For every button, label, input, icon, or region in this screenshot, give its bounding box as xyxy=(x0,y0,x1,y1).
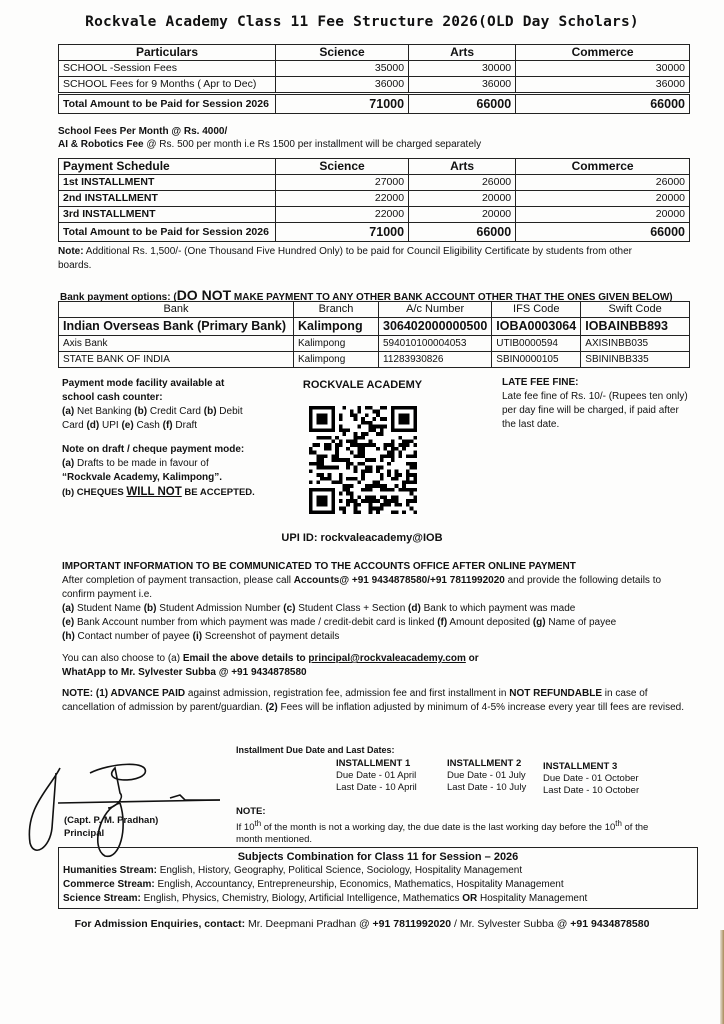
cheque-warning: (b) CHEQUES WILL NOT BE ACCEPTED. xyxy=(62,485,277,500)
stream-label: Science Stream: xyxy=(63,893,141,904)
table-row: 2nd INSTALLMENT 22000 20000 20000 xyxy=(59,191,690,207)
commerce-value: 36000 xyxy=(516,77,690,94)
stream-subjects: Hospitality Management xyxy=(477,893,587,904)
science-value: 22000 xyxy=(276,207,409,223)
stream-label: Humanities Stream: xyxy=(63,865,157,876)
table-row: SCHOOL Fees for 9 Months ( Apr to Dec) 3… xyxy=(59,77,690,94)
total-row: Total Amount to be Paid for Session 2026… xyxy=(59,94,690,114)
mode-text: Debit xyxy=(217,406,243,417)
stream-subjects: English, Accountancy, Entrepreneurship, … xyxy=(155,879,564,890)
ai-fee-label: AI & Robotics Fee xyxy=(58,139,144,150)
science-value: 27000 xyxy=(276,175,409,191)
contact-text: Mr. Deepmani Pradhan @ xyxy=(245,918,372,930)
total-row: Total Amount to be Paid for Session 2026… xyxy=(59,223,690,242)
payment-modes-line1: (a) Net Banking (b) Credit Card (b) Debi… xyxy=(62,405,277,419)
mode-key: (b) xyxy=(204,406,217,417)
mode-key: (b) xyxy=(134,406,147,417)
note-label: NOTE: (1) ADVANCE PAID xyxy=(62,688,185,699)
last-date: Last Date - 10 July xyxy=(447,782,526,794)
detail-text: Contact number of payee xyxy=(75,631,193,642)
header-swift: Swift Code xyxy=(581,302,690,318)
commerce-value: 30000 xyxy=(516,61,690,77)
total-arts: 66000 xyxy=(409,94,516,114)
due-date: Due Date - 01 April xyxy=(336,770,417,782)
table-row: Axis Bank Kalimpong 594010100004053 UTIB… xyxy=(59,336,690,352)
principal-signatory: (Capt. P. M. Pradhan) Principal xyxy=(64,814,158,840)
late-fee-section: LATE FEE FINE: Late fee fine of Rs. 10/-… xyxy=(502,376,692,432)
header-arts: Arts xyxy=(409,159,516,175)
total-label: Total Amount to be Paid for Session 2026 xyxy=(59,223,276,242)
note-text: against admission, registration fee, adm… xyxy=(185,688,509,699)
important-info-section: IMPORTANT INFORMATION TO BE COMMUNICATED… xyxy=(62,560,692,644)
header-science: Science xyxy=(276,159,409,175)
ordinal-suffix: th xyxy=(615,819,622,828)
arts-value: 30000 xyxy=(409,61,516,77)
commerce-value: 20000 xyxy=(516,191,690,207)
note-key: (2) xyxy=(265,702,277,713)
fee-structure-table: Particulars Science Arts Commerce SCHOOL… xyxy=(58,44,690,114)
email-post: or xyxy=(466,653,479,664)
account-number: 11283930826 xyxy=(379,352,492,368)
mode-text: Net Banking xyxy=(74,406,134,417)
subjects-heading: Subjects Combination for Class 11 for Se… xyxy=(63,850,693,864)
due-date: Due Date - 01 October xyxy=(543,773,639,785)
payment-mode-section: Payment mode facility available at schoo… xyxy=(62,377,277,500)
council-note-cont: boards. xyxy=(58,259,91,272)
detail-text: Bank Account number from which payment w… xyxy=(74,617,437,628)
table-header-row: Payment Schedule Science Arts Commerce xyxy=(59,159,690,175)
principal-email-link[interactable]: principal@rockvaleacademy.com xyxy=(308,653,465,664)
detail-key: (h) xyxy=(62,631,75,642)
branch: Kalimpong xyxy=(294,336,379,352)
intro-text: After completion of payment transaction,… xyxy=(62,575,294,586)
commerce-value: 20000 xyxy=(516,207,690,223)
important-intro: After completion of payment transaction,… xyxy=(62,574,692,602)
row-label: 2nd INSTALLMENT xyxy=(59,191,276,207)
table-row: SCHOOL -Session Fees 35000 30000 30000 xyxy=(59,61,690,77)
bank-name: Axis Bank xyxy=(59,336,294,352)
branch: Kalimpong xyxy=(294,352,379,368)
total-commerce: 66000 xyxy=(516,223,690,242)
contact-phone: +91 7811992020 xyxy=(373,918,452,930)
payment-mode-heading: Payment mode facility available at xyxy=(62,377,277,391)
detail-text: Amount deposited xyxy=(447,617,533,628)
detail-text: Bank to which payment was made xyxy=(421,603,576,614)
account-number: 306402000000500 xyxy=(379,318,492,336)
document-title: Rockvale Academy Class 11 Fee Structure … xyxy=(0,14,724,30)
detail-key: (e) xyxy=(62,617,74,628)
humanities-stream: Humanities Stream: English, History, Geo… xyxy=(63,864,693,878)
mode-key: (e) xyxy=(121,420,133,431)
will-not-emphasis: WILL NOT xyxy=(126,486,181,498)
note-text: If 10 xyxy=(236,822,255,833)
upi-qr-code-icon[interactable] xyxy=(309,406,417,514)
installment-2: INSTALLMENT 2 Due Date - 01 July Last Da… xyxy=(447,758,526,794)
row-label: SCHOOL Fees for 9 Months ( Apr to Dec) xyxy=(59,77,276,94)
swift-code: IOBAINBB893 xyxy=(581,318,690,336)
email-line: You can also choose to (a) Email the abo… xyxy=(62,652,692,666)
science-value: 36000 xyxy=(276,77,409,94)
cheque-post: BE ACCEPTED. xyxy=(182,487,255,498)
swift-code: SBININBB335 xyxy=(581,352,690,368)
payment-mode-heading-cont: school cash counter: xyxy=(62,391,277,405)
mode-text: UPI xyxy=(99,420,121,431)
note-text: Fees will be inflation adjusted by minim… xyxy=(278,702,684,713)
qr-section: ROCKVALE ACADEMY xyxy=(285,378,440,514)
arts-value: 36000 xyxy=(409,77,516,94)
required-details-line1: (a) Student Name (b) Student Admission N… xyxy=(62,602,692,616)
commerce-stream: Commerce Stream: English, Accountancy, E… xyxy=(63,878,693,892)
header-particulars: Particulars xyxy=(59,45,276,61)
accounts-phone: Accounts@ +91 9434878580/+91 7811992020 xyxy=(294,575,505,586)
mode-key: (f) xyxy=(163,420,173,431)
whatsapp-line: WhatApp to Mr. Sylvester Subba @ +91 943… xyxy=(62,666,692,680)
stream-subjects: English, Physics, Chemistry, Biology, Ar… xyxy=(141,893,462,904)
due-date: Due Date - 01 July xyxy=(447,770,526,782)
installment-1: INSTALLMENT 1 Due Date - 01 April Last D… xyxy=(336,758,417,794)
detail-text: Student Name xyxy=(74,603,143,614)
account-number: 594010100004053 xyxy=(379,336,492,352)
stream-label: Commerce Stream: xyxy=(63,879,155,890)
table-row: 1st INSTALLMENT 27000 26000 26000 xyxy=(59,175,690,191)
bank-name: STATE BANK OF INDIA xyxy=(59,352,294,368)
council-note: Note: Additional Rs. 1,500/- (One Thousa… xyxy=(58,245,632,258)
required-details-line3: (h) Contact number of payee (i) Screensh… xyxy=(62,630,692,644)
table-row-primary-bank: Indian Overseas Bank (Primary Bank) Kali… xyxy=(59,318,690,336)
qr-org-name: ROCKVALE ACADEMY xyxy=(285,378,440,392)
contact-label: For Admission Enquiries, contact: xyxy=(75,918,246,930)
header-payment-schedule: Payment Schedule xyxy=(59,159,276,175)
table-row: STATE BANK OF INDIA Kalimpong 1128393082… xyxy=(59,352,690,368)
cheque-pre: (b) CHEQUES xyxy=(62,487,126,498)
installment-dates-heading: Installment Due Date and Last Dates: xyxy=(236,744,395,756)
contact-text: / Mr. Sylvester Subba @ xyxy=(451,918,570,930)
science-stream: Science Stream: English, Physics, Chemis… xyxy=(63,892,693,906)
arts-value: 20000 xyxy=(409,191,516,207)
header-commerce: Commerce xyxy=(516,159,690,175)
row-label: 1st INSTALLMENT xyxy=(59,175,276,191)
draft-note-a: (a) Drafts to be made in favour of xyxy=(62,457,277,471)
working-day-note: NOTE: If 10th of the month is not a work… xyxy=(236,806,676,846)
science-value: 35000 xyxy=(276,61,409,77)
table-row: 3rd INSTALLMENT 22000 20000 20000 xyxy=(59,207,690,223)
ifsc-code: IOBA0003064 xyxy=(492,318,581,336)
header-bank: Bank xyxy=(59,302,294,318)
total-arts: 66000 xyxy=(409,223,516,242)
total-science: 71000 xyxy=(276,94,409,114)
ai-fee-text: @ Rs. 500 per month i.e Rs 1500 per inst… xyxy=(144,139,482,150)
detail-text: Name of payee xyxy=(546,617,617,628)
science-value: 22000 xyxy=(276,191,409,207)
note-heading: NOTE: xyxy=(236,806,676,818)
payment-schedule-table: Payment Schedule Science Arts Commerce 1… xyxy=(58,158,690,242)
detail-key: (c) xyxy=(283,603,295,614)
stream-subjects: English, History, Geography, Political S… xyxy=(157,865,522,876)
late-fee-heading: LATE FEE FINE: xyxy=(502,376,692,390)
email-whatsapp-section: You can also choose to (a) Email the abo… xyxy=(62,652,692,680)
detail-key: (i) xyxy=(193,631,202,642)
detail-key: (g) xyxy=(533,617,546,628)
mode-text: Credit Card xyxy=(147,406,204,417)
bank-name: Indian Overseas Bank (Primary Bank) xyxy=(59,318,294,336)
row-label: 3rd INSTALLMENT xyxy=(59,207,276,223)
mode-key: (d) xyxy=(86,420,99,431)
last-date: Last Date - 10 October xyxy=(543,785,639,797)
refund-note: NOTE: (1) ADVANCE PAID against admission… xyxy=(62,687,692,715)
bank-accounts-table: Bank Branch A/c Number IFS Code Swift Co… xyxy=(58,301,690,368)
installment-name: INSTALLMENT 2 xyxy=(447,758,526,770)
row-label: SCHOOL -Session Fees xyxy=(59,61,276,77)
not-refundable: NOT REFUNDABLE xyxy=(509,688,602,699)
total-science: 71000 xyxy=(276,223,409,242)
detail-key: (a) xyxy=(62,603,74,614)
table-header-row: Bank Branch A/c Number IFS Code Swift Co… xyxy=(59,302,690,318)
contact-phone: +91 9434878580 xyxy=(570,918,649,930)
subjects-combination-box: Subjects Combination for Class 11 for Se… xyxy=(58,847,698,909)
total-commerce: 66000 xyxy=(516,94,690,114)
ai-fee-note: AI & Robotics Fee @ Rs. 500 per month i.… xyxy=(58,138,481,151)
admission-contact: For Admission Enquiries, contact: Mr. De… xyxy=(0,918,724,930)
mode-text: Cash xyxy=(134,420,163,431)
branch: Kalimpong xyxy=(294,318,379,336)
email-pre: You can also choose to (a) xyxy=(62,653,183,664)
note-label: Note: xyxy=(58,246,84,257)
principal-signature-icon xyxy=(20,748,230,858)
mode-text: Draft xyxy=(173,420,197,431)
upi-id: UPI ID: rockvaleacademy@IOB xyxy=(0,532,724,544)
or-keyword: OR xyxy=(462,893,477,904)
payment-modes-line2: Card (d) UPI (e) Cash (f) Draft xyxy=(62,419,277,433)
email-bold: Email the above details to xyxy=(183,653,309,664)
header-arts: Arts xyxy=(409,45,516,61)
header-account: A/c Number xyxy=(379,302,492,318)
note-body: If 10th of the month is not a working da… xyxy=(236,818,676,846)
page-edge-shadow xyxy=(720,930,724,1024)
detail-key: (f) xyxy=(437,617,447,628)
required-details-line2: (e) Bank Account number from which payme… xyxy=(62,616,692,630)
detail-key: (d) xyxy=(408,603,421,614)
monthly-fee-note: School Fees Per Month @ Rs. 4000/ xyxy=(58,125,227,138)
installment-name: INSTALLMENT 3 xyxy=(543,761,639,773)
late-fee-text: Late fee fine of Rs. 10/- (Rupees ten on… xyxy=(502,390,692,432)
mode-key: (a) xyxy=(62,406,74,417)
principal-role: Principal xyxy=(64,827,158,840)
mode-key: (a) xyxy=(62,458,74,469)
draft-note-heading: Note on draft / cheque payment mode: xyxy=(62,443,277,457)
ifsc-code: UTIB0000594 xyxy=(492,336,581,352)
principal-name: (Capt. P. M. Pradhan) xyxy=(64,814,158,827)
header-branch: Branch xyxy=(294,302,379,318)
table-header-row: Particulars Science Arts Commerce xyxy=(59,45,690,61)
header-science: Science xyxy=(276,45,409,61)
ifsc-code: SBIN0000105 xyxy=(492,352,581,368)
important-heading: IMPORTANT INFORMATION TO BE COMMUNICATED… xyxy=(62,560,692,574)
total-label: Total Amount to be Paid for Session 2026 xyxy=(59,94,276,114)
arts-value: 20000 xyxy=(409,207,516,223)
mode-text: Drafts to be made in favour of xyxy=(74,458,209,469)
installment-name: INSTALLMENT 1 xyxy=(336,758,417,770)
detail-text: Screenshot of payment details xyxy=(202,631,339,642)
draft-favour-name: “Rockvale Academy, Kalimpong”. xyxy=(62,471,277,485)
commerce-value: 26000 xyxy=(516,175,690,191)
mode-text: Card xyxy=(62,420,86,431)
header-ifsc: IFS Code xyxy=(492,302,581,318)
detail-text: Student Admission Number xyxy=(157,603,284,614)
arts-value: 26000 xyxy=(409,175,516,191)
last-date: Last Date - 10 April xyxy=(336,782,417,794)
installment-3: INSTALLMENT 3 Due Date - 01 October Last… xyxy=(543,761,639,797)
note-text: of the month is not a working day, the d… xyxy=(261,822,615,833)
header-commerce: Commerce xyxy=(516,45,690,61)
note-text: Additional Rs. 1,500/- (One Thousand Fiv… xyxy=(84,246,632,257)
swift-code: AXISINBB035 xyxy=(581,336,690,352)
detail-key: (b) xyxy=(144,603,157,614)
detail-text: Student Class + Section xyxy=(295,603,408,614)
